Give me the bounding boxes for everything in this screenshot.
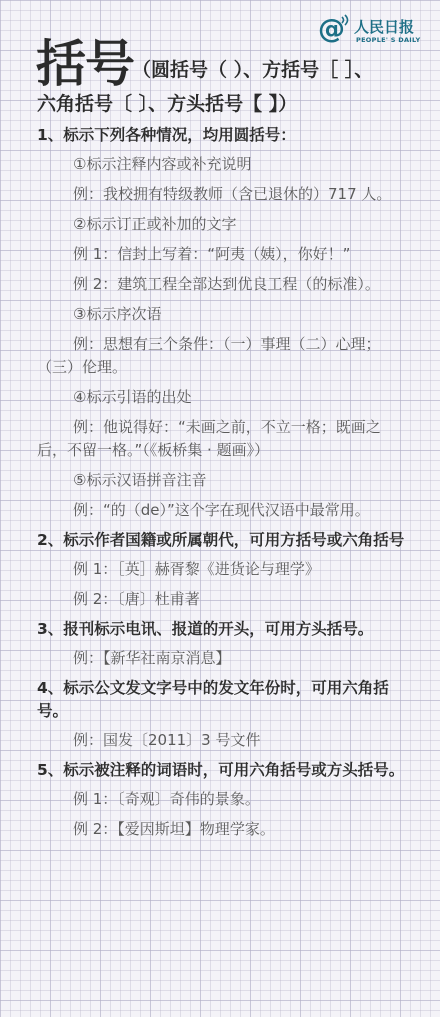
section-heading-3: 3、报刊标示电讯、报道的开头，可用方头括号。 (37, 618, 407, 641)
subsection-label: ①标示注释内容或补充说明 (37, 153, 407, 176)
subsection-label: ④标示引语的出处 (37, 386, 407, 409)
example-text: 例：【新华社南京消息】 (37, 647, 407, 670)
logo-name-cn: 人民日报 (354, 18, 414, 36)
example-text: 例 2：建筑工程全部达到优良工程（的标准）。 (37, 273, 407, 296)
subsection-label: ⑤标示汉语拼音注音 (37, 469, 407, 492)
section-heading-5: 5、标示被注释的词语时，可用六角括号或方头括号。 (37, 759, 407, 782)
example-text: 例 1：信封上写着：“阿夷（姨），你好！” (37, 243, 407, 266)
example-text: 例：他说得好：“未画之前，不立一格；既画之后，不留一格。”（《板桥集 · 题画》… (37, 416, 407, 462)
example-text: 例：思想有三个条件：（一）事理（二）心理；（三）伦理。 (37, 333, 407, 379)
example-text: 例：我校拥有特级教师（含已退休的）717 人。 (37, 183, 407, 206)
page-subtitle-line2: 六角括号〔 〕、方头括号【 】） (37, 91, 297, 117)
example-text: 例：国发〔2011〕3 号文件 (37, 729, 407, 752)
peoples-daily-logo: @ 人民日报 PEOPLE' S DAILY (318, 14, 430, 50)
example-text: 例：“的（de）”这个字在现代汉语中最常用。 (37, 499, 407, 522)
subsection-label: ③标示序次语 (37, 303, 407, 326)
example-text: 例 1：［英］赫胥黎《进货论与理学》 (37, 558, 407, 581)
page-subtitle-line1: （圆括号（ ）、方括号［ ］、 (132, 57, 373, 83)
subsection-label: ②标示订正或补加的文字 (37, 213, 407, 236)
example-text: 例 2：〔唐〕杜甫著 (37, 588, 407, 611)
section-heading-2: 2、标示作者国籍或所属朝代，可用方括号或六角括号 (37, 529, 407, 552)
section-heading-1: 1、标示下列各种情况，均用圆括号： (37, 124, 407, 147)
signal-waves-icon (340, 14, 352, 28)
logo-name-en: PEOPLE' S DAILY (356, 36, 420, 44)
page-title: 括号 (36, 36, 134, 92)
section-heading-4: 4、标示公文发文字号中的发文年份时，可用六角括号。 (37, 677, 407, 723)
example-text: 例 1：〔奇观〕奇伟的景象。 (37, 788, 407, 811)
example-text: 例 2：【爱因斯坦】物理学家。 (37, 818, 407, 841)
document-body: 1、标示下列各种情况，均用圆括号： ①标示注释内容或补充说明 例：我校拥有特级教… (37, 124, 407, 848)
